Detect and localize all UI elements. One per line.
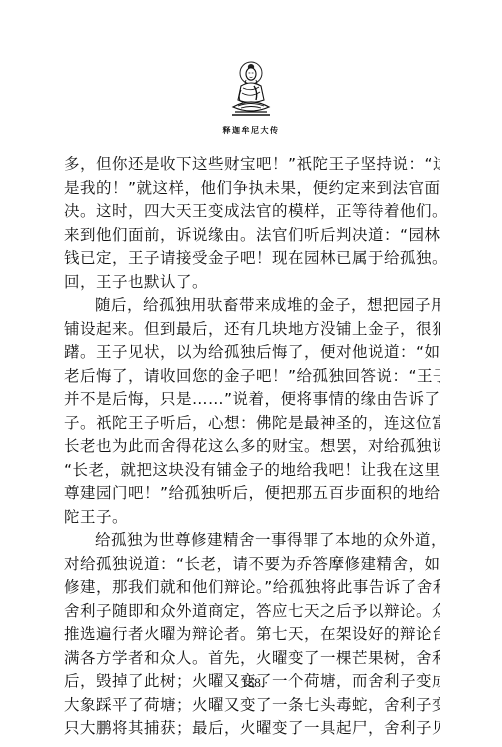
text-line: 舍利子随即和众外道商定，答应七天之后予以辩论。众外道 (64, 600, 440, 624)
book-page: 释迦牟尼大传 多，但你还是收下这些财宝吧！”祇陀王子坚持说：“这园林是我的！”就… (0, 0, 502, 747)
text-line: 大象踩平了荷塘；火曜又变了一条七头毒蛇，舍利子变成一 (64, 694, 440, 718)
text-line: 只大鹏将其捕获；最后，火曜变了一具起尸，舍利子见后， (64, 717, 440, 741)
text-line: 随后，给孤独用驮畜带来成堆的金子，想把园子用金子 (64, 294, 440, 318)
text-line: 钱已定，王子请接受金子吧！现在园林已属于给孤独。”这 (64, 247, 440, 271)
text-line: 决。这时，四大天王变成法官的模样，正等待着他们。二人 (64, 200, 440, 224)
text-line: 铺设起来。但到最后，还有几块地方没铺上金子，很犯踌 (64, 318, 440, 342)
text-line: 长老也为此而舍得花这么多的财宝。想罢，对给孤独说道： (64, 435, 440, 459)
text-line: 躇。王子见状，以为给孤独后悔了，便对他说道：“如果长 (64, 341, 440, 365)
seated-buddha-icon (229, 60, 273, 122)
text-line: 修建，那我们就和他们辩论。”给孤独将此事告诉了舍利子。 (64, 576, 440, 600)
page-number: · 158 · (0, 675, 502, 691)
text-line: 子。祇陀王子听后，心想：佛陀是最神圣的，连这位富有的 (64, 412, 440, 436)
text-line: 陀王子。 (64, 506, 440, 530)
text-line: 满各方学者和众人。首先，火曜变了一棵芒果树，舍利子见 (64, 647, 440, 671)
running-header: 释迦牟尼大传 (0, 60, 502, 136)
text-line: 是我的！”就这样，他们争执未果，便约定来到法官面前解 (64, 177, 440, 201)
text-line: 推选遍行者火曜为辩论者。第七天，在架设好的辩论台上坐 (64, 623, 440, 647)
text-line: “长老，就把这块没有铺金子的地给我吧！让我在这里为世 (64, 459, 440, 483)
text-line: 来到他们面前，诉说缘由。法官们听后判决道：“园林的价 (64, 224, 440, 248)
text-line: 老后悔了，请收回您的金子吧！”给孤独回答说：“王子，我 (64, 365, 440, 389)
body-text: 多，但你还是收下这些财宝吧！”祇陀王子坚持说：“这园林是我的！”就这样，他们争执… (64, 153, 440, 741)
text-line: 对给孤独说道：“长老，请不要为乔答摩修建精舍，如果要 (64, 553, 440, 577)
text-line: 多，但你还是收下这些财宝吧！”祇陀王子坚持说：“这园林 (64, 153, 440, 177)
text-line: 并不是后悔，只是……”说着，便将事情的缘由告诉了王 (64, 388, 440, 412)
text-line: 回，王子也默认了。 (64, 271, 440, 295)
text-line: 给孤独为世尊修建精舍一事得罪了本地的众外道，他们 (64, 529, 440, 553)
series-title: 释迦牟尼大传 (0, 125, 502, 136)
text-line: 尊建园门吧！”给孤独听后，便把那五百步面积的地给了祇 (64, 482, 440, 506)
